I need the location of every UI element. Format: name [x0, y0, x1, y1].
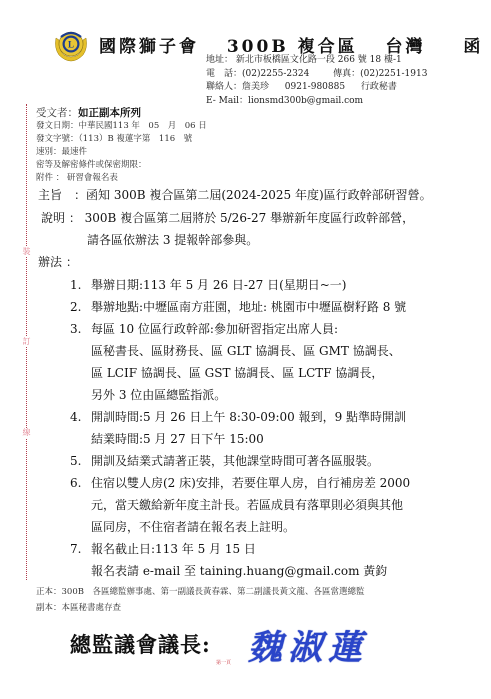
contact-phone: 0921-980885	[285, 82, 345, 92]
email-line: E- Mail：lionsmd300b@gmail.com	[206, 95, 427, 109]
address: 新北市板橋區文化路一段 266 號 18 樓-1	[236, 55, 402, 65]
method-item: 6. 住宿以雙人房(2 床)安排，若要住單人房，自行補房差 2000 元，當天繳…	[70, 472, 410, 538]
method-item: 2. 舉辦地點:中壢區南方莊園，地址: 桃園市中壢區樹籽路 8 號	[70, 296, 410, 318]
fax-number: (02)2251-1913	[360, 69, 427, 79]
subject-text: 函知 300B 複合區第二屆(2024-2025 年度)區行政幹部研習營。	[86, 188, 432, 202]
secrecy-level: 密等及解密條件或保密期限：	[36, 159, 207, 172]
method-item: 7. 報名截止日:113 年 5 月 15 日 報名表請 e-mail 至 ta…	[70, 538, 410, 582]
method-item: 4. 開訓時間:5 月 26 日上午 8:30-09:00 報到，9 點準時開訓…	[70, 406, 410, 450]
explanation: 說明 ： 300B 複合區第二屆將於 5/26-27 舉辦新年度區行政幹部營， …	[41, 208, 414, 251]
binding-char: 線	[21, 428, 32, 438]
explanation-line: 請各區依辦法 3 提報幹部參與。	[41, 230, 414, 252]
method-item: 3. 每區 10 位區行政幹部:參加研習指定出席人員: 區秘書長、區財務長、區 …	[70, 318, 410, 406]
explanation-line: 300B 複合區第二屆將於 5/26-27 舉辦新年度區行政幹部營，	[85, 211, 414, 225]
phone-number: (02)2255-2324	[242, 69, 309, 79]
method-item: 1. 舉辦日期:113 年 5 月 26 日-27 日(星期日~一)	[70, 274, 410, 296]
issue-date: 發文日期：中華民國113 年 05 月 06 日	[36, 120, 207, 133]
page-number: 第一頁	[216, 659, 231, 666]
method-list: 1. 舉辦日期:113 年 5 月 26 日-27 日(星期日~一) 2. 舉辦…	[70, 274, 410, 582]
address-line: 地址： 新北市板橋區文化路一段 266 號 18 樓-1	[206, 54, 427, 68]
binding-char: 裝	[21, 247, 32, 257]
lions-club-logo-icon: L	[53, 28, 89, 62]
svg-text:L: L	[68, 40, 74, 50]
org-name: 國際獅子會	[99, 37, 199, 57]
email-link[interactable]: lionsmd300b@gmail.com	[248, 96, 363, 106]
subject-label: 主旨 ：	[38, 188, 86, 202]
distribution-list: 正本：300B 各區總監辦事處、第一副議長黃春霖、第二副議長黃文龍、各區當選總監…	[36, 584, 364, 616]
method-item: 5. 開訓及結業式請著正裝，其他課堂時間可著各區服裝。	[70, 450, 410, 472]
doc-type: 函	[463, 37, 483, 57]
receiver: 如正副本所列	[78, 107, 141, 119]
official-letter-page: L 國際獅子會 300B 複合區 台灣 函 地址： 新北市板橋區文化路一段 26…	[0, 0, 491, 699]
original-recipients: 正本：300B 各區總監辦事處、第一副議長黃春霖、第二副議長黃文龍、各區當選總監	[36, 584, 364, 600]
signatory-title: 總監議會議長:	[70, 629, 211, 659]
contact-name: 詹美珍	[242, 82, 269, 92]
document-meta: 受文者：如正副本所列 發文日期：中華民國113 年 05 月 06 日 發文字號…	[36, 106, 207, 185]
subject: 主旨 ：函知 300B 複合區第二屆(2024-2025 年度)區行政幹部研習營…	[38, 185, 432, 207]
registration-email-line[interactable]: 報名表請 e-mail 至 taining.huang@gmail.com 黃鈞	[91, 560, 410, 582]
copy-recipients: 副本：本區秘書處存查	[36, 600, 364, 616]
contact-block: 地址： 新北市板橋區文化路一段 266 號 18 樓-1 電 話：(02)225…	[206, 54, 427, 108]
document-number: 發文字號：（113）B 複蓮字第 116 號	[36, 133, 207, 146]
contact-role: 行政秘書	[361, 82, 397, 92]
signature-stamp: 魏淑蓮	[248, 620, 368, 669]
receiver-line: 受文者：如正副本所列	[36, 106, 207, 120]
attachment[interactable]: 附件 ： 研習會報名表	[36, 172, 207, 185]
contact-person-line: 聯絡人：詹美珍 0921-980885 行政秘書	[206, 81, 427, 95]
delivery-speed: 速別：最速件	[36, 146, 207, 159]
explanation-label: 說明 ：	[41, 211, 81, 225]
phone-line: 電 話：(02)2255-2324 傳真：(02)2251-1913	[206, 68, 427, 82]
method-label: 辦法 ：	[38, 252, 78, 274]
binding-char: 訂	[21, 337, 32, 347]
